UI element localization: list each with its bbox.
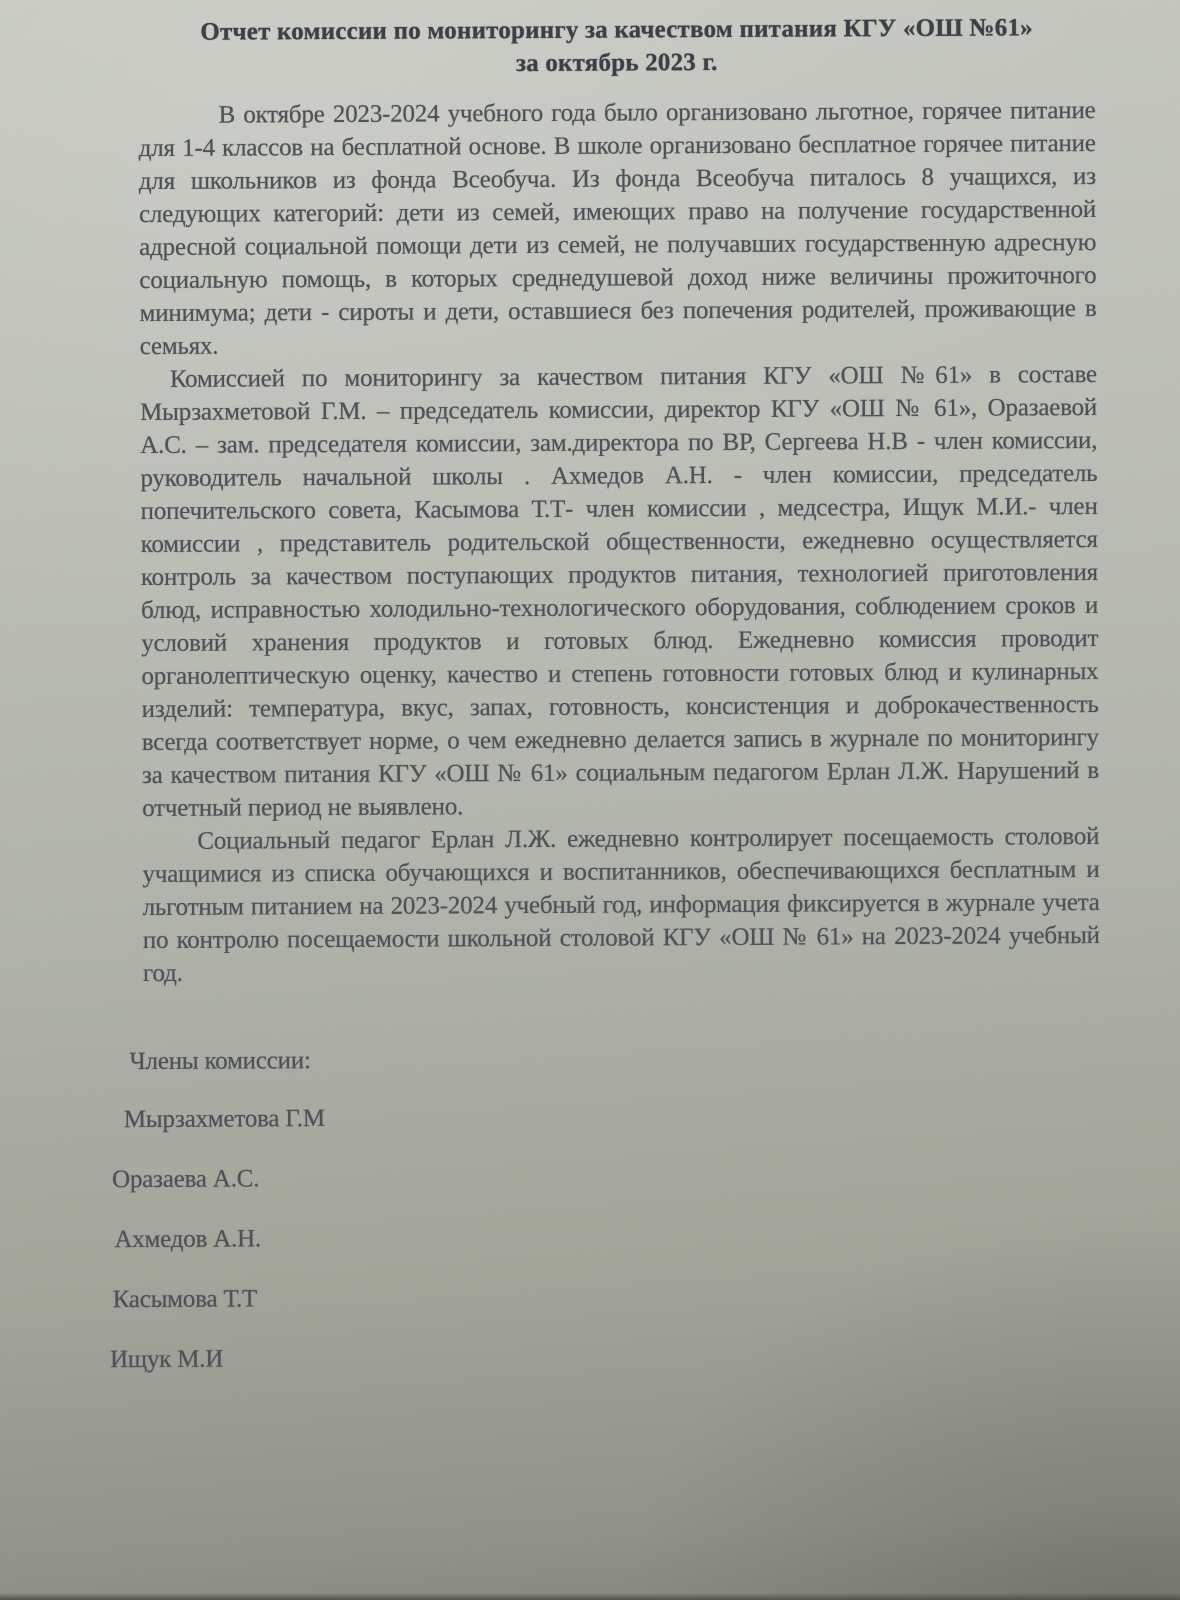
paragraph-social-pedagogue: Социальный педагог Ерлан Л.Ж. ежедневно … xyxy=(142,820,1100,990)
member-name: Мырзахметова Г.М xyxy=(124,1098,1101,1136)
photo-bottom-shadow-edge xyxy=(0,1593,1180,1600)
commission-members-section: Члены комиссии: Мырзахметова Г.М Оразаев… xyxy=(143,1040,1102,1376)
member-name: Ахмедов А.Н. xyxy=(114,1218,1101,1256)
document-body: В октябре 2023-2024 учебного года было о… xyxy=(138,94,1100,990)
members-heading: Члены комиссии: xyxy=(129,1040,1100,1078)
document-title-line2: за октябрь 2023 г. xyxy=(138,44,1095,82)
document-title: Отчет комиссии по мониторингу за качеств… xyxy=(138,11,1095,82)
member-name: Оразаева А.С. xyxy=(112,1158,1101,1196)
paragraph-free-meals: В октябре 2023-2024 учебного года было о… xyxy=(138,94,1096,363)
document-content: Отчет комиссии по мониторингу за качеств… xyxy=(138,11,1102,1376)
photographed-document-page: Отчет комиссии по мониторингу за качеств… xyxy=(0,0,1180,1600)
member-name: Ищук М.И xyxy=(110,1338,1102,1376)
document-title-line1: Отчет комиссии по мониторингу за качеств… xyxy=(138,11,1095,49)
member-name: Касымова Т.Т xyxy=(113,1278,1102,1316)
paragraph-commission-composition: Комиссией по мониторингу за качеством пи… xyxy=(140,358,1099,825)
